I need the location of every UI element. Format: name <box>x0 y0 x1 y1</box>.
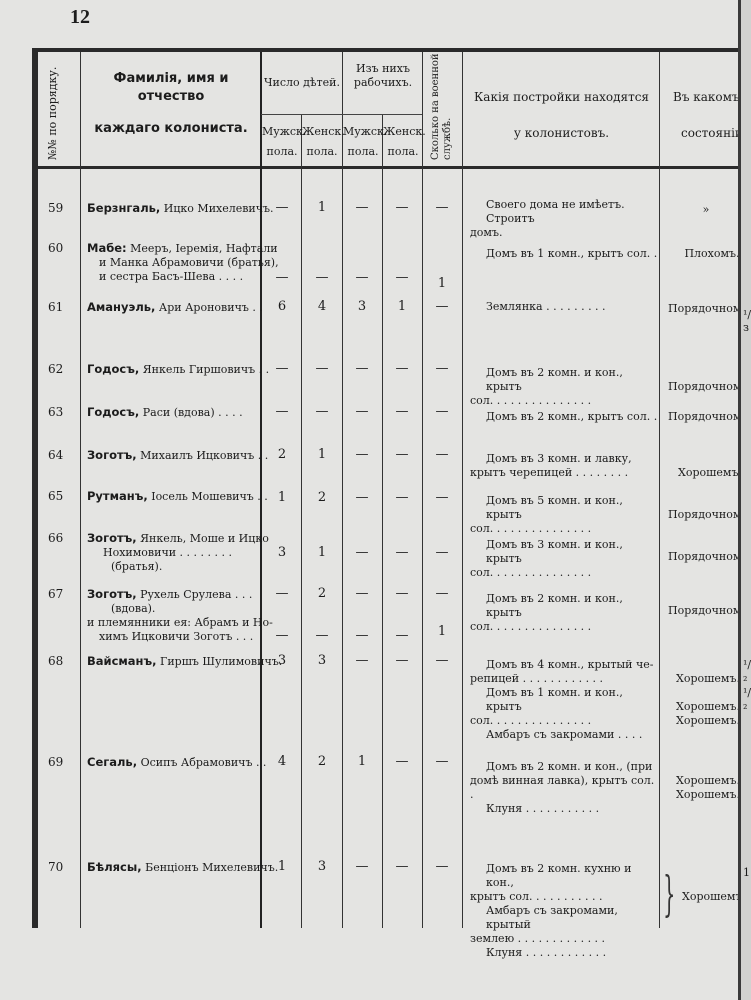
header-subdivider <box>261 114 422 115</box>
workers-female: — <box>387 447 417 462</box>
workers-male: — <box>347 404 377 419</box>
surname: Мабе: <box>87 241 127 255</box>
buildings: Домъ въ 2 комн. и кон., крытъсол. . . . … <box>470 366 660 408</box>
surname: Зоготъ, <box>87 587 137 601</box>
colonist-name: Зоготъ, Рухель Срулева . . . (вдова). и … <box>87 587 273 644</box>
row-number: 62 <box>48 362 63 376</box>
line: Амбаръ съ закромами . . . . <box>470 728 660 742</box>
table-left-border <box>32 48 38 928</box>
state: Порядочномъ. <box>668 508 748 522</box>
military: — <box>427 754 457 769</box>
header-workers-line2: рабочихъ. <box>343 76 423 90</box>
children-female: 2 <box>307 754 337 769</box>
children-male: 4 <box>267 754 297 769</box>
name-continuation: (вдова). <box>87 602 273 616</box>
children-female: 2 <box>307 490 337 505</box>
surname: Годосъ, <box>87 405 139 419</box>
line: Домъ въ 2 комн. и кон., крытъ <box>470 366 660 394</box>
line: крытъ сол. . . . . . . . . . . <box>470 890 660 904</box>
military: — <box>427 361 457 376</box>
label: Мужск. <box>262 122 302 142</box>
line: Клуня . . . . . . . . . . . <box>470 802 660 816</box>
workers-female: — <box>387 200 417 215</box>
colonist-name: Зоготъ, Янкель, Моше и Ицко Нохимовичи .… <box>87 531 269 574</box>
label: пола. <box>262 142 302 162</box>
line: Хорошемъ. <box>668 714 748 728</box>
children-male: — <box>267 200 297 215</box>
workers-female: — <box>387 754 417 769</box>
header-workers-male: Мужск.пола. <box>343 122 383 162</box>
given-name: Янкель Гиршовичъ . . <box>143 363 269 376</box>
row-number: 70 <box>48 860 63 874</box>
children-female: 3 <box>307 653 337 668</box>
label: Женск. <box>383 122 423 142</box>
workers-male: — <box>347 628 377 643</box>
state: Порядочномъ. <box>668 604 748 618</box>
line: сол. . . . . . . . . . . . . . . <box>470 566 660 580</box>
military: — <box>427 586 457 601</box>
row-number: 59 <box>48 201 63 215</box>
state: Порядочномъ. <box>668 380 748 394</box>
surname: Годосъ, <box>87 362 139 376</box>
military: — <box>427 447 457 462</box>
buildings: Домъ въ 5 комн. и кон., крытъсол. . . . … <box>470 494 660 536</box>
children-female: 1 <box>307 545 337 560</box>
state: Хорошемъ. Хорошемъ. Хорошемъ. <box>668 672 748 728</box>
workers-male: — <box>347 586 377 601</box>
workers-female: — <box>387 270 417 285</box>
line: сол. . . . . . . . . . . . . . . <box>470 522 660 536</box>
line: Домъ въ 3 комн. и лавку, <box>470 452 660 466</box>
col-divider <box>342 52 343 928</box>
workers-female: — <box>387 490 417 505</box>
header-military: Сколько на военной службѣ. <box>430 53 454 160</box>
workers-male: — <box>347 653 377 668</box>
line: Домъ въ 1 комн. и кон., крытъ <box>470 686 660 714</box>
colonist-name: Мабе: Мееръ, Іеремія, Нафтали и Манка Аб… <box>87 241 279 284</box>
row-number: 60 <box>48 241 63 255</box>
header-children: Число дѣтей. <box>262 76 342 90</box>
colonist-table: №№ по порядку. Фамилія, имя и отчество к… <box>32 48 751 928</box>
edge-fragment: ¹/₂ <box>743 686 751 712</box>
given-name: Янкель, Моше и Ицко <box>140 532 269 545</box>
line: Клуня . . . . . . . . . . . . <box>470 946 660 960</box>
buildings: Домъ въ 2 комн. кухню и кон., крытъ сол.… <box>470 862 660 960</box>
col-divider <box>301 114 302 928</box>
children-female: — <box>307 404 337 419</box>
workers-male: 3 <box>347 299 377 314</box>
line: Хорошемъ. <box>668 774 748 788</box>
workers-male: — <box>347 270 377 285</box>
children-female: 3 <box>307 859 337 874</box>
children-female: 1 <box>307 200 337 215</box>
given-name: Гиршъ Шулимовичъ. <box>160 655 282 668</box>
children-male: — <box>267 586 297 601</box>
workers-male: — <box>347 859 377 874</box>
row-number: 68 <box>48 654 63 668</box>
brace-icon: } <box>663 870 675 918</box>
label: Мужск. <box>343 122 383 142</box>
label: Какія постройки находятся <box>464 90 659 104</box>
row-number: 63 <box>48 405 63 419</box>
children-male: — <box>267 404 297 419</box>
military: — <box>427 299 457 314</box>
header-workers: Изъ нихъ рабочихъ. <box>343 62 423 90</box>
military: 1 <box>427 624 457 639</box>
workers-male: — <box>347 200 377 215</box>
col-divider <box>80 52 81 928</box>
line: домѣ винная лавка), крытъ сол. . <box>470 774 660 802</box>
header-name-line2: каждаго колониста. <box>82 120 260 138</box>
given-name: Раси (вдова) . . . . <box>143 406 243 419</box>
surname: Берзнгаль, <box>87 201 160 215</box>
surname: Зоготъ, <box>87 531 137 545</box>
given-name: Мееръ, Іеремія, Нафтали <box>130 242 277 255</box>
edge-fragment: ¹/₂ <box>743 658 751 684</box>
label: службѣ. <box>442 53 454 160</box>
line: сол. . . . . . . . . . . . . . . <box>470 620 660 634</box>
military: 1 <box>427 276 457 291</box>
given-name: Ари Ароновичъ . . <box>159 301 263 314</box>
col-divider <box>382 114 383 928</box>
buildings: Домъ въ 1 комн., крытъ сол. . <box>486 247 676 261</box>
children-male: 3 <box>267 653 297 668</box>
given-name: Рухель Срулева . . . <box>140 588 252 601</box>
line: Домъ въ 3 комн. и кон., крытъ <box>470 538 660 566</box>
line: Домъ въ 4 комн., крытый че- <box>470 658 660 672</box>
colonist-name: Амануэль, Ари Ароновичъ . . <box>87 300 263 315</box>
state: Хорошемъ. Хорошемъ. <box>668 774 748 802</box>
name-continuation: и Манка Абрамовичи (братья), <box>87 256 279 270</box>
surname: Рутманъ, <box>87 489 148 503</box>
colonist-name: Сегаль, Осипъ Абрамовичъ . . <box>87 755 266 770</box>
header-buildings: Какія постройки находятся у колонистовъ. <box>464 90 659 140</box>
line: сол. . . . . . . . . . . . . . . <box>470 394 660 408</box>
workers-male: — <box>347 545 377 560</box>
children-male: 6 <box>267 299 297 314</box>
children-male: — <box>267 361 297 376</box>
state: Порядочномъ. <box>668 550 748 564</box>
military: — <box>427 200 457 215</box>
buildings: Домъ въ 4 комн., крытый че- репицей . . … <box>470 658 660 742</box>
surname: Вайсманъ, <box>87 654 157 668</box>
children-male: — <box>267 270 297 285</box>
military: — <box>427 653 457 668</box>
colonist-name: Зоготъ, Михаилъ Ицковичъ . . <box>87 448 268 463</box>
line: Домъ въ 2 комн. и кон., (при <box>470 760 660 774</box>
name-continuation: химъ Ицковичи Зоготъ . . . <box>87 630 273 644</box>
buildings: Землянка . . . . . . . . . <box>486 300 676 314</box>
buildings: Домъ въ 2 комн. и кон., крытъсол. . . . … <box>470 592 660 634</box>
line: Хорошемъ. <box>668 672 748 686</box>
page-number: 12 <box>70 6 90 29</box>
workers-female: — <box>387 859 417 874</box>
workers-female: — <box>387 628 417 643</box>
colonist-name: Берзнгаль, Ицко Михелевичъ. <box>87 201 274 216</box>
surname: Бѣлясы, <box>87 860 142 874</box>
line: домъ. <box>470 226 660 240</box>
buildings: Своего дома не имѣетъ. Строитъдомъ. <box>470 198 660 240</box>
name-continuation: Нохимовичи . . . . . . . . <box>87 546 269 560</box>
line: Домъ въ 5 комн. и кон., крытъ <box>470 494 660 522</box>
given-name: Михаилъ Ицковичъ . . <box>140 449 268 462</box>
line: Своего дома не имѣетъ. Строитъ <box>470 198 660 226</box>
children-male: 1 <box>267 490 297 505</box>
workers-female: — <box>387 545 417 560</box>
workers-male: — <box>347 490 377 505</box>
state: » <box>666 203 746 217</box>
line: сол. . . . . . . . . . . . . . . <box>470 714 660 728</box>
header-children-male: Мужск.пола. <box>262 122 302 162</box>
surname: Сегаль, <box>87 755 137 769</box>
header-name: Фамилія, имя и отчество каждаго колонист… <box>82 70 260 138</box>
header-index: №№ по порядку. <box>46 67 59 160</box>
header-children-female: Женск.пола. <box>302 122 342 162</box>
workers-male: — <box>347 447 377 462</box>
children-female: 4 <box>307 299 337 314</box>
col-divider <box>462 52 463 928</box>
workers-male: — <box>347 361 377 376</box>
buildings: Домъ въ 2 комн. и кон., (при домѣ винная… <box>470 760 660 816</box>
line: Амбаръ съ закромами, крытый <box>470 904 660 932</box>
given-name: Бенціонъ Михелевичъ. <box>145 861 278 874</box>
colonist-name: Вайсманъ, Гиршъ Шулимовичъ. <box>87 654 282 669</box>
line: Домъ въ 2 комн. кухню и кон., <box>470 862 660 890</box>
row-number: 66 <box>48 531 63 545</box>
state: Порядочномъ. <box>668 302 748 316</box>
children-male: 2 <box>267 447 297 462</box>
name-continuation: и племянники ея: Абрамъ и Но- <box>87 616 273 630</box>
military: — <box>427 490 457 505</box>
line: репицей . . . . . . . . . . . . <box>470 672 660 686</box>
children-female: — <box>307 270 337 285</box>
workers-female: 1 <box>387 299 417 314</box>
line: Домъ въ 2 комн. и кон., крытъ <box>470 592 660 620</box>
edge-fragment: ¹/з <box>743 308 751 334</box>
children-female: 2 <box>307 586 337 601</box>
surname: Зоготъ, <box>87 448 137 462</box>
colonist-name: Годосъ, Янкель Гиршовичъ . . <box>87 362 269 377</box>
table-top-border <box>32 48 751 52</box>
workers-female: — <box>387 361 417 376</box>
buildings: Домъ въ 3 комн. и кон., крытъсол. . . . … <box>470 538 660 580</box>
children-male: 3 <box>267 545 297 560</box>
workers-female: — <box>387 404 417 419</box>
buildings: Домъ въ 3 комн. и лавку,крытъ черепицей … <box>470 452 660 480</box>
surname: Амануэль, <box>87 300 155 314</box>
buildings: Домъ въ 2 комн., крытъ сол. . <box>486 410 676 424</box>
workers-female: — <box>387 653 417 668</box>
row-number: 61 <box>48 300 63 314</box>
children-female: 1 <box>307 447 337 462</box>
children-female: — <box>307 628 337 643</box>
line: крытъ черепицей . . . . . . . . <box>470 466 660 480</box>
header-bottom-border <box>32 166 751 169</box>
children-female: — <box>307 361 337 376</box>
edge-fragment: 1 <box>743 866 750 879</box>
name-continuation: (братья). <box>87 560 269 574</box>
military: — <box>427 859 457 874</box>
children-male: 1 <box>267 859 297 874</box>
line: Хорошемъ. <box>668 700 748 714</box>
line: Хорошемъ. <box>668 788 748 802</box>
military: — <box>427 404 457 419</box>
given-name: Іосель Мошевичъ . . <box>151 490 268 503</box>
row-number: 67 <box>48 587 63 601</box>
label: пола. <box>343 142 383 162</box>
header-workers-female: Женск.пола. <box>383 122 423 162</box>
label: пола. <box>302 142 342 162</box>
row-number: 65 <box>48 489 63 503</box>
row-number: 64 <box>48 448 63 462</box>
workers-male: 1 <box>347 754 377 769</box>
name-continuation: и сестра Басъ-Шева . . . . <box>87 270 279 284</box>
state: Порядочномъ. <box>668 410 748 424</box>
label: Сколько на военной <box>430 53 442 160</box>
label: Женск. <box>302 122 342 142</box>
header-workers-line1: Изъ нихъ <box>343 62 423 76</box>
given-name: Осипъ Абрамовичъ . . <box>141 756 267 769</box>
row-number: 69 <box>48 755 63 769</box>
label: пола. <box>383 142 423 162</box>
line: землею . . . . . . . . . . . . . <box>470 932 660 946</box>
colonist-name: Рутманъ, Іосель Мошевичъ . . <box>87 489 268 504</box>
children-male: — <box>267 628 297 643</box>
workers-female: — <box>387 586 417 601</box>
header-name-line1: Фамилія, имя и отчество <box>82 70 260 106</box>
military: — <box>427 545 457 560</box>
colonist-name: Годосъ, Раси (вдова) . . . . <box>87 405 243 420</box>
label: у колонистовъ. <box>464 126 659 140</box>
colonist-name: Бѣлясы, Бенціонъ Михелевичъ. <box>87 860 278 875</box>
given-name: Ицко Михелевичъ. <box>164 202 274 215</box>
facing-page-edge <box>738 0 751 1000</box>
col-divider <box>422 52 423 928</box>
